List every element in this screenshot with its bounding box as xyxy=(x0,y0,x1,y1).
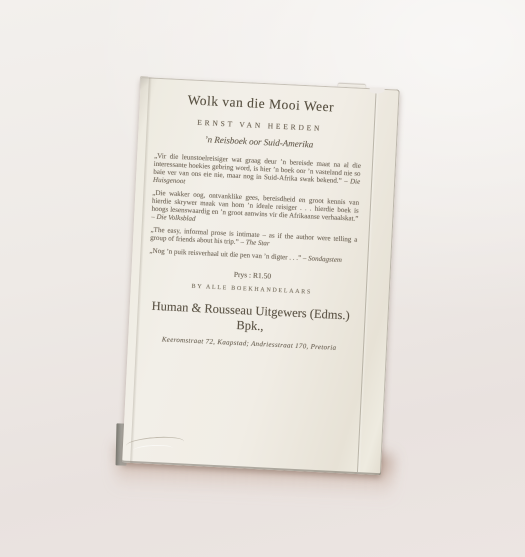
book-title: Wolk van die Mooi Weer xyxy=(148,90,375,117)
review-source: Die Volksblad xyxy=(156,213,195,223)
review-quote: „Die wakker oog, ontvanklike gees, berei… xyxy=(151,189,359,231)
publisher-name: Human & Rousseau Uitgewers (Edms.) Bpk., xyxy=(137,298,364,339)
review-quote: „Vir die leunstoelreisiger wat graag deu… xyxy=(153,152,361,194)
availability-label: BY ALLE BOEKHANDELAARS xyxy=(139,281,365,298)
dust-jacket-back-panel: Wolk van die Mooi Weer ERNST VAN HEERDEN… xyxy=(122,77,400,475)
book-subtitle: ’n Reisboek oor Suid-Amerika xyxy=(146,131,372,152)
cover-text-panel: Wolk van die Mooi Weer ERNST VAN HEERDEN… xyxy=(130,77,375,474)
review-source: Sondagstem xyxy=(308,254,342,264)
book-back-cover: Wolk van die Mooi Weer ERNST VAN HEERDEN… xyxy=(122,77,400,475)
photo-background: Wolk van die Mooi Weer ERNST VAN HEERDEN… xyxy=(0,0,525,557)
review-text: „Nog ’n puik reisverhaal uit die pen van… xyxy=(149,247,306,263)
review-quotes-block: „Vir die leunstoelreisiger wat graag deu… xyxy=(149,152,361,265)
review-source: The Star xyxy=(246,238,270,247)
